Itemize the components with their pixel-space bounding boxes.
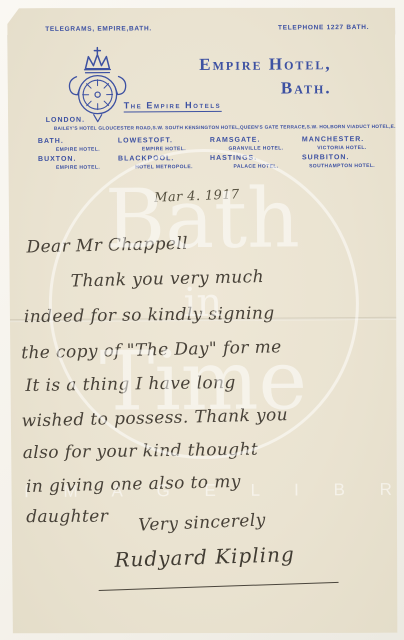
location-hotel: HOTEL METROPOLE. [118, 163, 210, 171]
london-label: LONDON. [46, 117, 85, 124]
hotel-crest-icon [59, 45, 135, 125]
london-hotels-list: BAILEY'S HOTEL GLOUCESTER ROAD,S.W. SOUT… [54, 125, 390, 132]
hotel-name: Empire Hotel, [185, 54, 345, 75]
location-city: LOWESTOFT. [118, 135, 210, 145]
hotel-locations-table: BATH. LOWESTOFT. RAMSGATE. MANCHESTER. E… [38, 134, 382, 171]
handwriting-line: indeed for so kindly signing [24, 303, 275, 327]
location-hotel: VICTORIA HOTEL. [302, 144, 382, 151]
handwriting-line: the copy of "The Day" for me [21, 337, 282, 363]
telephone-number: TELEPHONE 1227 BATH. [278, 24, 369, 32]
letter-paper-sheet: TELEGRAMS, EMPIRE,BATH. TELEPHONE 1227 B… [7, 6, 399, 635]
location-city: HASTINGS. [210, 152, 302, 162]
location-hotel: EMPIRE HOTEL. [38, 164, 118, 171]
scanned-letter-photo: TELEGRAMS, EMPIRE,BATH. TELEPHONE 1227 B… [0, 0, 404, 640]
handwritten-salutation: Dear Mr Chappell [26, 234, 188, 258]
location-city: MANCHESTER. [302, 134, 382, 143]
telegrams-address: TELEGRAMS, EMPIRE,BATH. [45, 25, 152, 33]
location-hotel: PALACE HOTEL. [210, 162, 302, 170]
hotel-group-title: The Empire Hotels [124, 100, 222, 113]
location-hotel: SOUTHAMPTON HOTEL. [302, 162, 382, 169]
handwriting-line: It is a thing I have long [25, 373, 236, 396]
handwriting-line: wished to possess. Thank you [21, 405, 288, 431]
location-city: BLACKPOOL. [118, 153, 210, 163]
location-hotel: EMPIRE HOTEL. [38, 146, 118, 153]
handwriting-line: Thank you very much [71, 267, 265, 292]
handwritten-closing: Very sincerely [138, 510, 266, 535]
location-city: RAMSGATE. [210, 134, 302, 144]
handwriting-line: daughter [26, 507, 108, 528]
signature-underline [99, 582, 339, 591]
location-city: BATH. [38, 136, 118, 145]
location-city: SURBITON. [302, 152, 382, 161]
handwriting-line: also for your kind thought [23, 440, 259, 463]
handwriting-line: in giving one also to my [26, 472, 241, 497]
kipling-signature: Rudyard Kipling [114, 542, 295, 572]
location-hotel: EMPIRE HOTEL. [118, 145, 210, 153]
location-hotel: GRANVILLE HOTEL. [210, 144, 302, 152]
handwritten-date: Mar 4. 1917 [154, 187, 240, 205]
location-city: BUXTON. [38, 154, 118, 163]
hotel-city: Bath. [186, 78, 332, 99]
